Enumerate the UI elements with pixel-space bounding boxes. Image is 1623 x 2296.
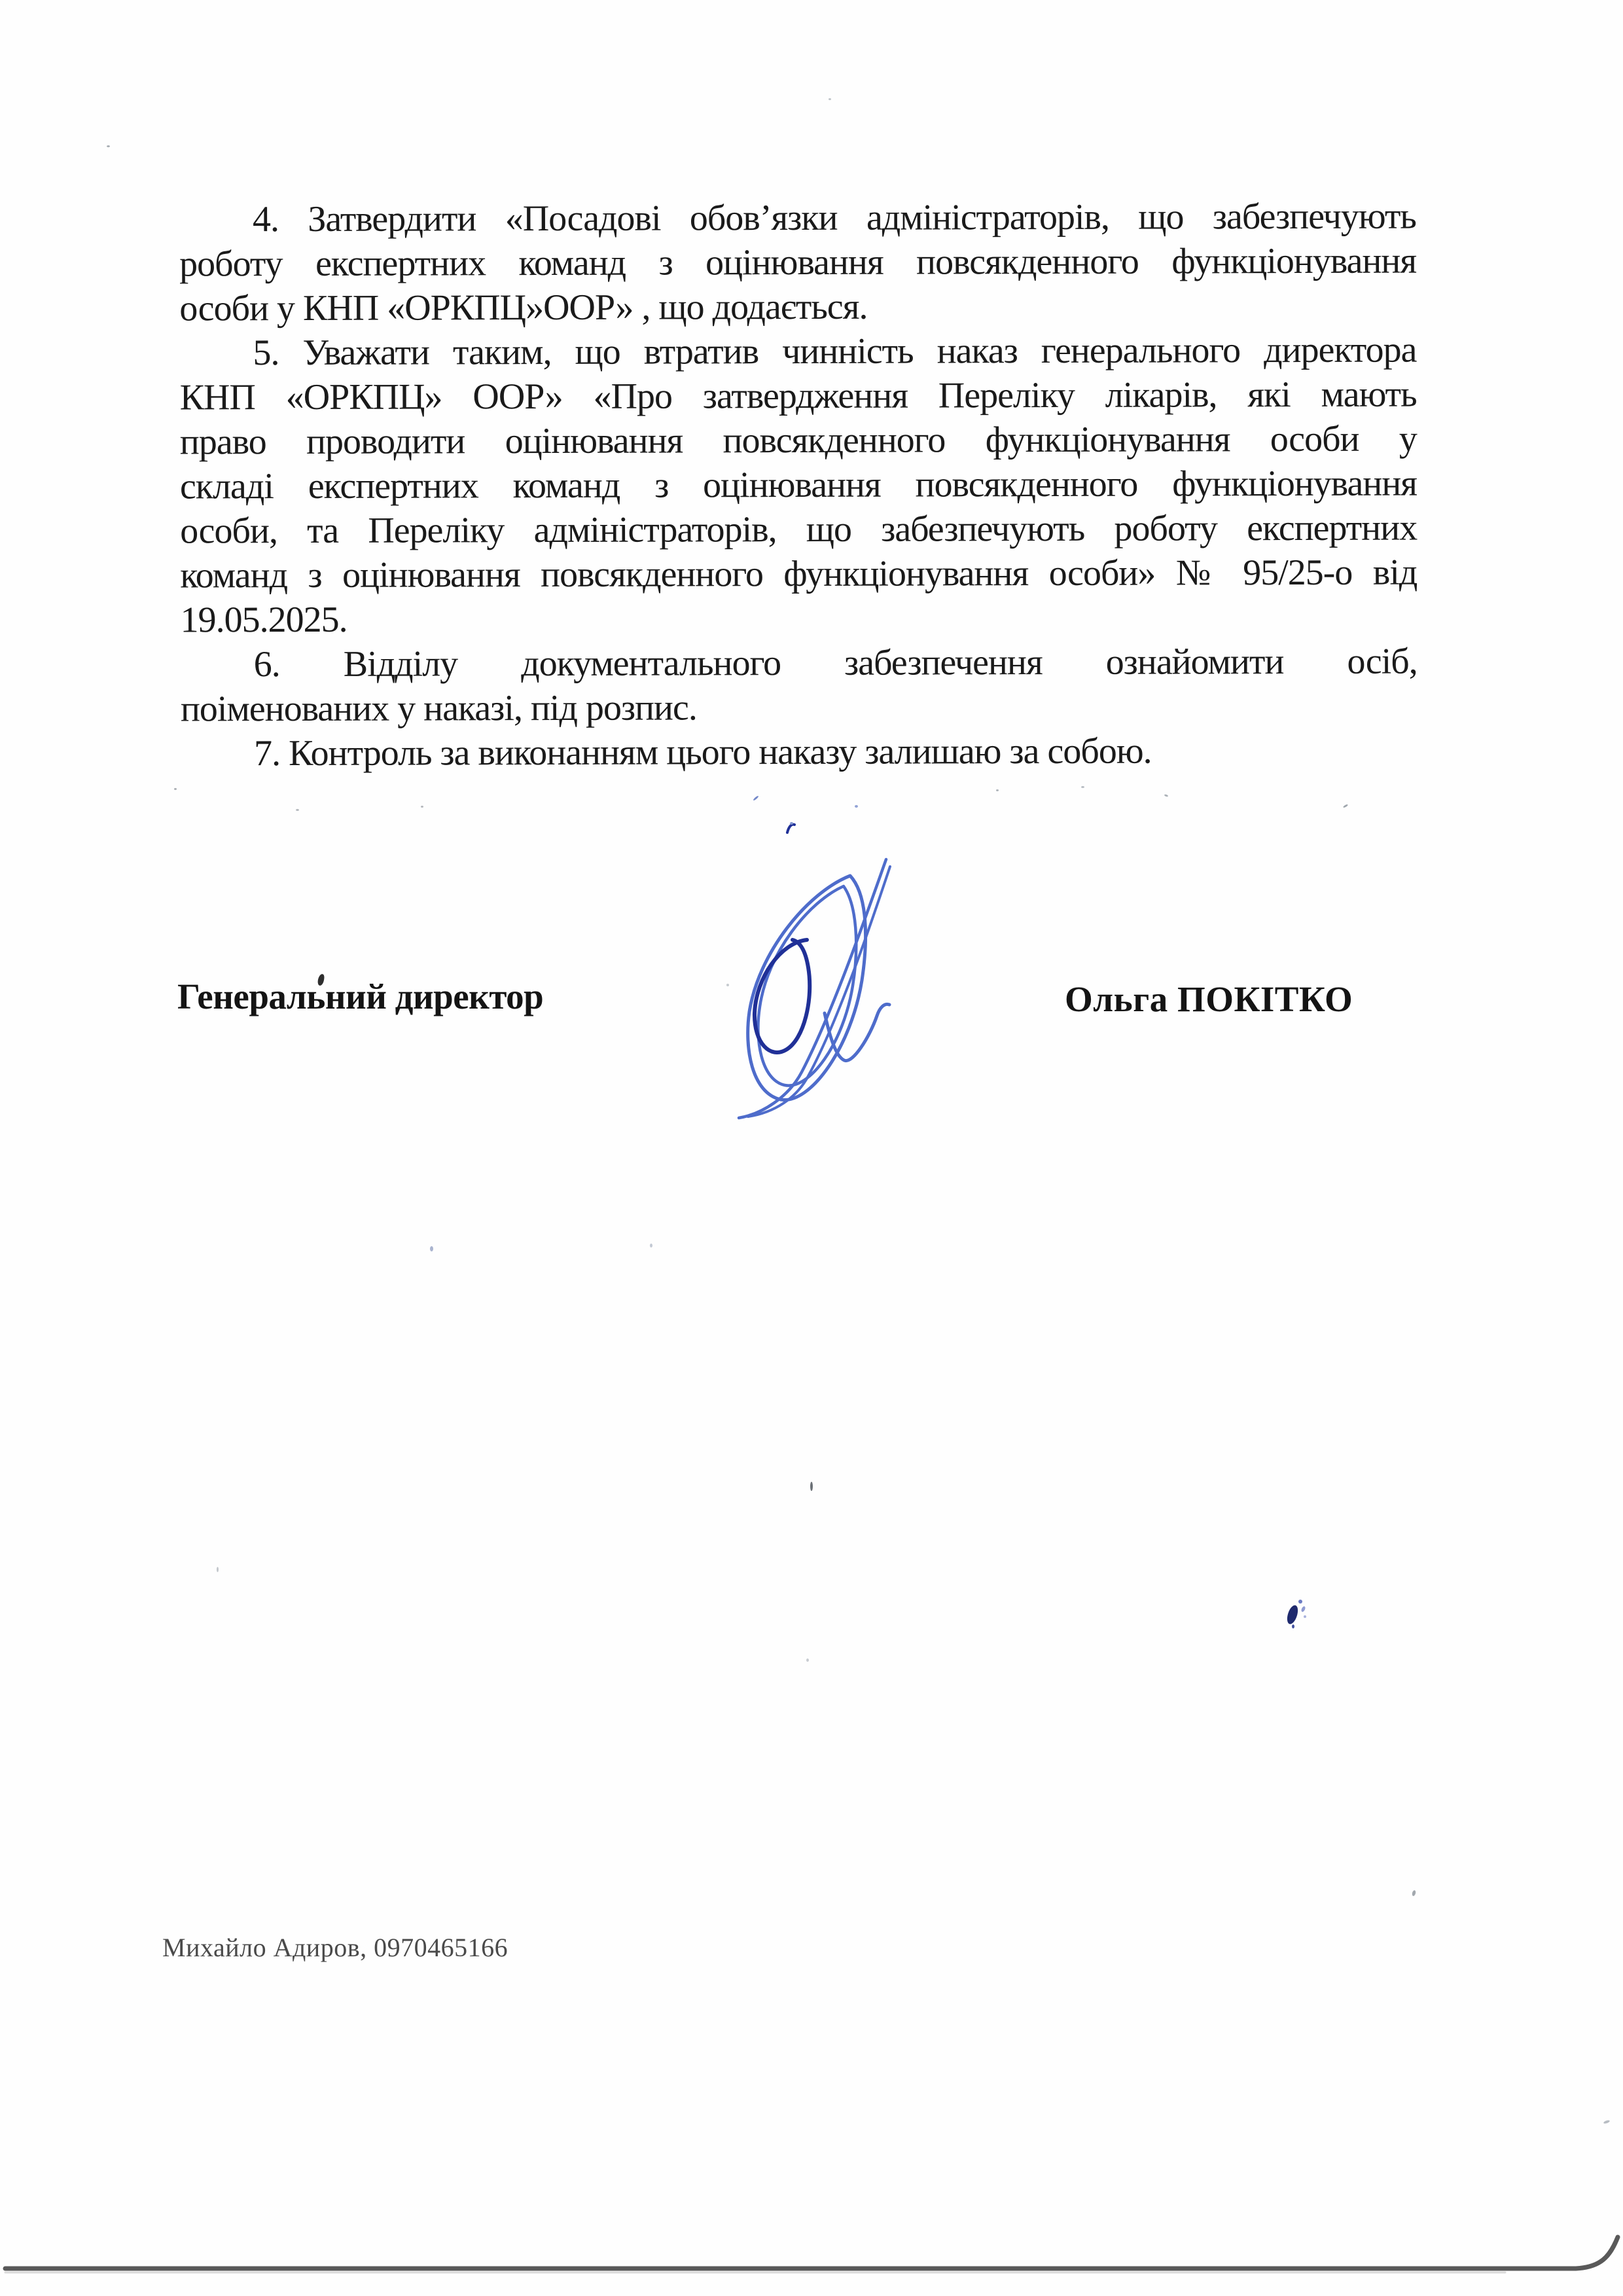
order-item-5-line-2: КНП «ОРКПЦ» ООР» «Про затвердження Перел… — [180, 372, 1417, 420]
signature-inner-loop — [758, 886, 856, 1086]
signer-title: Генеральний директор — [177, 975, 543, 1019]
scanned-document-page: 4. Затвердити «Посадові обов’язки адміні… — [0, 0, 1623, 2296]
order-text-block: 4. Затвердити «Посадові обов’язки адміні… — [179, 194, 1418, 776]
handwritten-signature — [715, 816, 905, 1130]
order-item-5-line-6: команд з оцінювання повсякденного функці… — [180, 550, 1417, 598]
scan-edge-artifact — [0, 2225, 1623, 2296]
scan-speck — [217, 1567, 219, 1572]
scan-speck — [753, 795, 759, 801]
order-item-5-line-4: складі експертних команд з оцінювання по… — [180, 461, 1417, 509]
signer-name: Ольга ПОКІТКО — [1065, 977, 1353, 1022]
scan-speck — [107, 145, 110, 147]
executor-note: Михайло Адиров, 0970465166 — [162, 1932, 508, 1964]
ink-blot — [1284, 1598, 1313, 1635]
scan-speck — [810, 1482, 813, 1491]
scan-edge-line — [5, 2237, 1618, 2269]
order-item-4-line-2: роботу експертних команд з оцінювання по… — [179, 239, 1416, 287]
order-item-5-line-7: 19.05.2025. — [180, 595, 1417, 643]
scan-speck — [806, 1659, 809, 1662]
signature-check-stroke — [825, 1004, 889, 1060]
order-item-5-line-5: особи, та Переліку адміністраторів, що з… — [180, 506, 1417, 554]
scan-speck — [1412, 1890, 1416, 1897]
scan-speck — [855, 805, 858, 808]
scan-speck — [1343, 804, 1348, 808]
order-item-5-line-1: 5. Уважати таким, що втратив чинність на… — [179, 328, 1416, 376]
signature-tick — [787, 825, 794, 833]
scan-speck — [829, 98, 831, 100]
order-item-4-line-3: особи у КНП «ОРКПЦ»ООР» , що додається. — [179, 283, 1416, 331]
scan-speck — [1603, 2119, 1611, 2124]
order-item-6-line-1: 6. Відділу документального забезпечення … — [181, 639, 1418, 687]
scan-speck — [650, 1244, 652, 1247]
scan-speck — [174, 788, 177, 790]
scan-speck — [430, 1246, 433, 1251]
scan-speck — [1081, 786, 1084, 788]
order-item-4-line-1: 4. Затвердити «Посадові обов’язки адміні… — [179, 194, 1416, 242]
scan-speck — [1164, 794, 1169, 797]
scan-speck — [726, 984, 729, 986]
order-item-6-line-2: поіменованих у наказі, під розпис. — [181, 684, 1418, 732]
order-item-7-line-1: 7. Контроль за виконанням цього наказу з… — [181, 728, 1418, 776]
scan-speck — [790, 822, 793, 825]
order-item-5-line-3: право проводити оцінювання повсякденного… — [180, 417, 1417, 465]
scan-speck — [996, 789, 999, 791]
scan-speck — [421, 806, 423, 808]
scan-speck — [296, 809, 299, 811]
